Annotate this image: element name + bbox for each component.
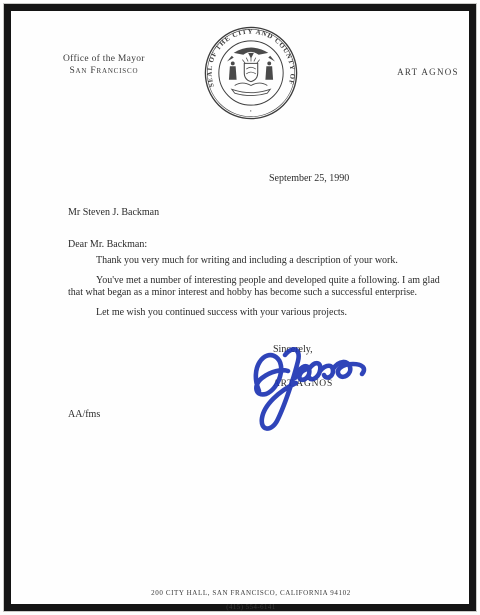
office-line-1: Office of the Mayor bbox=[63, 53, 145, 65]
letter-page: Office of the Mayor San Francisco SEAL O… bbox=[23, 23, 479, 614]
closing-word: Sincerely, bbox=[273, 344, 313, 355]
salutation: Dear Mr. Backman: bbox=[68, 239, 147, 250]
seal-bottom-dot: · bbox=[250, 108, 253, 115]
letter-paragraph: Thank you very much for writing and incl… bbox=[68, 255, 446, 268]
seal-banner-icon bbox=[232, 89, 270, 95]
office-line-2: San Francisco bbox=[63, 65, 145, 77]
letter-body: Thank you very much for writing and incl… bbox=[68, 255, 446, 326]
scanned-letter: Office of the Mayor San Francisco SEAL O… bbox=[0, 0, 480, 615]
seal-shield-icon bbox=[242, 57, 259, 64]
svg-text:SEAL OF THE CITY AND COUNTY OF: SEAL OF THE CITY AND COUNTY OF SAN FRANC… bbox=[203, 25, 295, 88]
letter-paragraph: Let me wish you continued success with y… bbox=[68, 307, 446, 320]
city-county-seal-icon: SEAL OF THE CITY AND COUNTY OF SAN FRANC… bbox=[203, 25, 299, 121]
reference-initials: AA/fms bbox=[68, 409, 100, 420]
letterhead-mayor-name: ART AGNOS bbox=[383, 67, 473, 77]
letter-date: September 25, 1990 bbox=[269, 173, 349, 184]
scan-border: Office of the Mayor San Francisco SEAL O… bbox=[4, 4, 476, 611]
letterhead-office: Office of the Mayor San Francisco bbox=[63, 53, 145, 77]
typed-signer-name: ART AGNOS bbox=[273, 379, 333, 389]
footer-phone: (415) 554-6141 bbox=[23, 604, 479, 611]
seal-circular-text: SEAL OF THE CITY AND COUNTY OF SAN FRANC… bbox=[203, 25, 295, 88]
footer-address: 200 CITY HALL, SAN FRANCISCO, CALIFORNIA… bbox=[23, 589, 479, 597]
letter-paragraph: You've met a number of interesting peopl… bbox=[68, 275, 446, 300]
letter-footer: 200 CITY HALL, SAN FRANCISCO, CALIFORNIA… bbox=[23, 589, 479, 611]
recipient-name: Mr Steven J. Backman bbox=[68, 207, 159, 218]
